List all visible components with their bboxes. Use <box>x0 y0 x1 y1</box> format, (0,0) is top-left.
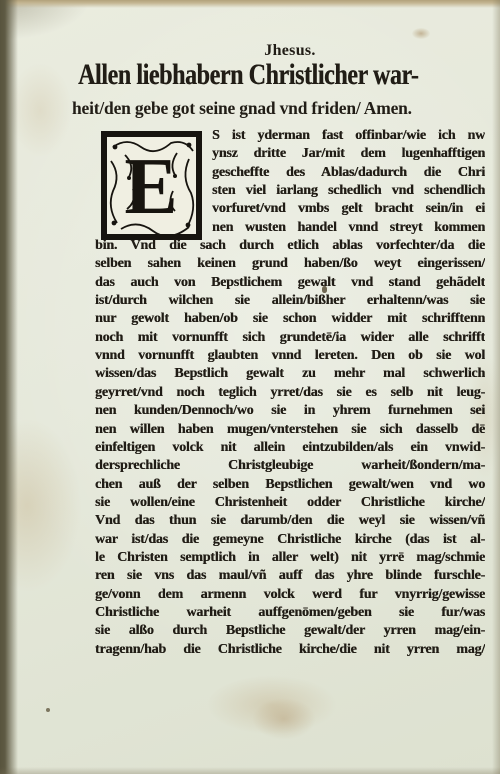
text-line: chen auß der selben Bepstlichen gewalt/w… <box>95 476 485 494</box>
stain <box>8 62 72 158</box>
scan-edge-right <box>492 0 500 774</box>
scan-corner-shadow <box>0 0 90 40</box>
text-line: vorfuret/vnd vmbs gelt bracht sein/in ei <box>212 200 485 218</box>
text-line: le Christen semptlich in aller welt) nit… <box>95 549 485 567</box>
text-line: ynsz dritte Jar/mit dem lugenhafftigen <box>212 145 485 163</box>
text-line: S ist yderman fast offinbar/wie ich nw <box>212 127 485 145</box>
text-line: Christliche warheit auffgenōmen/geben si… <box>95 604 485 622</box>
text-line: nen willen haben mugen/vnterstehen sie s… <box>95 421 485 439</box>
page-title-line2: heit/den gebe got seine gnad vnd friden/… <box>72 98 412 119</box>
text-line: tragenn/hab die Christliche kirche/die n… <box>95 641 485 659</box>
ink-speck <box>46 708 50 712</box>
text-line: gescheffte des Ablas/dadurch die Chri <box>212 164 485 182</box>
body-text: S ist yderman fast offinbar/wie ich nw y… <box>95 127 485 659</box>
text-line: sten viel iarlang schedlich vnd schendli… <box>212 182 485 200</box>
stain <box>0 418 82 593</box>
scanned-page: Jhesus. Allen liebhabern Christlicher wa… <box>0 0 500 774</box>
text-line: wissen/das Bepstlich gewalt zu mehr mal … <box>95 365 485 383</box>
stain <box>208 676 336 734</box>
text-line: sie wollen/eine Christenheit odder Chris… <box>95 494 485 512</box>
text-line: war ist/das die gemeyne Christliche kirc… <box>95 531 485 549</box>
indented-paragraph-start: S ist yderman fast offinbar/wie ich nw y… <box>95 127 485 237</box>
text-line: Vnd das thun sie darumb/den die weyl sie… <box>95 512 485 530</box>
stain <box>412 28 430 39</box>
scan-edge-top <box>0 0 500 8</box>
text-line: das auch von Bepstlichem gewalt vnd stan… <box>95 274 485 292</box>
scan-edge-left <box>0 0 18 774</box>
text-line: ge/vonn dem armenn volck werd fur vnyrri… <box>95 586 485 604</box>
text-line: bin. Vnd die sach durch etlich ablas vor… <box>95 237 485 255</box>
text-line: selben sahen keinen grund haben/ßo weyt … <box>95 255 485 273</box>
text-line: nen wusten handel vnnd streyt kommen <box>212 219 485 237</box>
text-line: ist/durch wilchen sie allein/bißher erha… <box>95 292 485 310</box>
text-line: geyrret/vnd noch teglich yrret/das sie e… <box>95 384 485 402</box>
text-line: vnnd vornunfft glaubten vnnd lereten. De… <box>95 347 485 365</box>
text-line: ren sie vns das maul/vñ auff das yhre bl… <box>95 567 485 585</box>
scan-edge-bottom <box>0 767 500 774</box>
text-line: nur gewolt haben/ob sie schon widder mit… <box>95 310 485 328</box>
text-line: dersprechliche Christgleubige warheit/ßo… <box>95 457 485 475</box>
text-line: sie alßo durch Bepstliche gewalt/der yrr… <box>95 622 485 640</box>
text-line: einfeltigen volck nit allein eintzubilde… <box>95 439 485 457</box>
page-title-line1: Allen liebhabern Christlicher war- <box>78 58 418 92</box>
text-line: noch mit vornunfft sich grundetē/ia wide… <box>95 329 485 347</box>
text-line: nen kunden/Dennoch/wo sie in yhrem furne… <box>95 402 485 420</box>
stain <box>252 698 316 740</box>
